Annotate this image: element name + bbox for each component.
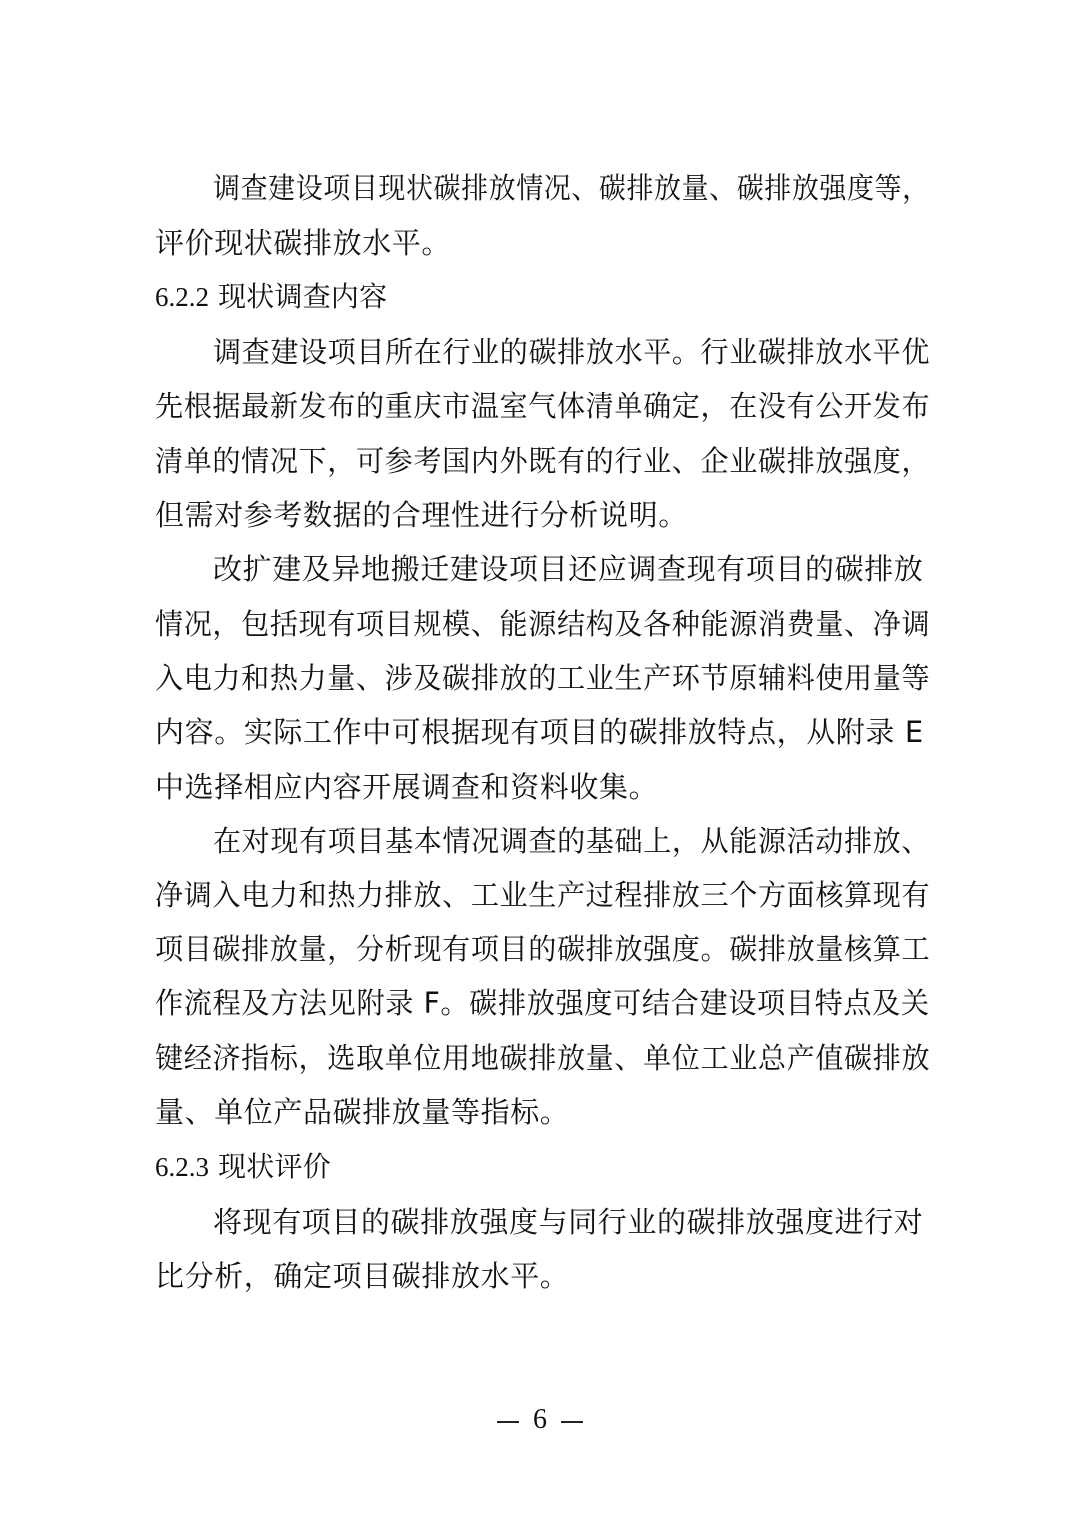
paragraph-line: 清单的情况下，可参考国内外既有的行业、企业碳排放强度， [155, 443, 907, 479]
paragraph-line: 在对现有项目基本情况调查的基础上，从能源活动排放、 [213, 823, 908, 859]
paragraph-line: 键经济指标，选取单位用地碳排放量、单位工业总产值碳排放 [155, 1040, 907, 1076]
paragraph-line: 比分析，确定项目碳排放水平。 [155, 1258, 930, 1294]
paragraph-line: 量、单位产品碳排放量等指标。 [155, 1094, 930, 1130]
section-heading-6-2-2: 6.2.2 现状调查内容 [155, 279, 930, 315]
section-number: 6.2.3 [155, 1152, 209, 1182]
paragraph-line: 先根据最新发布的重庆市温室气体清单确定，在没有公开发布 [155, 388, 907, 424]
paragraph-line: 作流程及方法见附录 F。碳排放强度可结合建设项目特点及关 [155, 985, 909, 1021]
page-number-footer: 6 [0, 1402, 1080, 1438]
paragraph-line: 项目碳排放量，分析现有项目的碳排放强度。碳排放量核算工 [155, 931, 907, 967]
paragraph-line: 将现有项目的碳排放强度与同行业的碳排放强度进行对 [213, 1204, 930, 1240]
paragraph-line: 调查建设项目现状碳排放情况、碳排放量、碳排放强度等， [213, 170, 881, 206]
document-page: 调查建设项目现状碳排放情况、碳排放量、碳排放强度等， 评价现状碳排放水平。 6.… [0, 0, 1080, 1527]
paragraph-line: 但需对参考数据的合理性进行分析说明。 [155, 497, 930, 533]
section-title: 现状调查内容 [218, 280, 387, 313]
section-heading-6-2-3: 6.2.3 现状评价 [155, 1149, 930, 1185]
section-number: 6.2.2 [155, 282, 209, 312]
paragraph-line: 调查建设项目所在行业的碳排放水平。行业碳排放水平优 [213, 334, 908, 370]
paragraph-line: 内容。实际工作中可根据现有项目的碳排放特点，从附录 E [155, 714, 930, 750]
dash-left [497, 1421, 519, 1423]
paragraph-line: 情况，包括现有项目规模、能源结构及各种能源消费量、净调 [155, 606, 907, 642]
paragraph-line: 改扩建及异地搬迁建设项目还应调查现有项目的碳排放 [213, 551, 930, 587]
paragraph-line: 中选择相应内容开展调查和资料收集。 [155, 769, 930, 805]
page-number: 6 [533, 1404, 547, 1435]
paragraph-line: 入电力和热力量、涉及碳排放的工业生产环节原辅料使用量等 [155, 660, 907, 696]
section-title: 现状评价 [218, 1150, 331, 1183]
paragraph-line: 净调入电力和热力排放、工业生产过程排放三个方面核算现有 [155, 877, 907, 913]
dash-right [561, 1421, 583, 1423]
paragraph-line: 评价现状碳排放水平。 [155, 225, 930, 261]
